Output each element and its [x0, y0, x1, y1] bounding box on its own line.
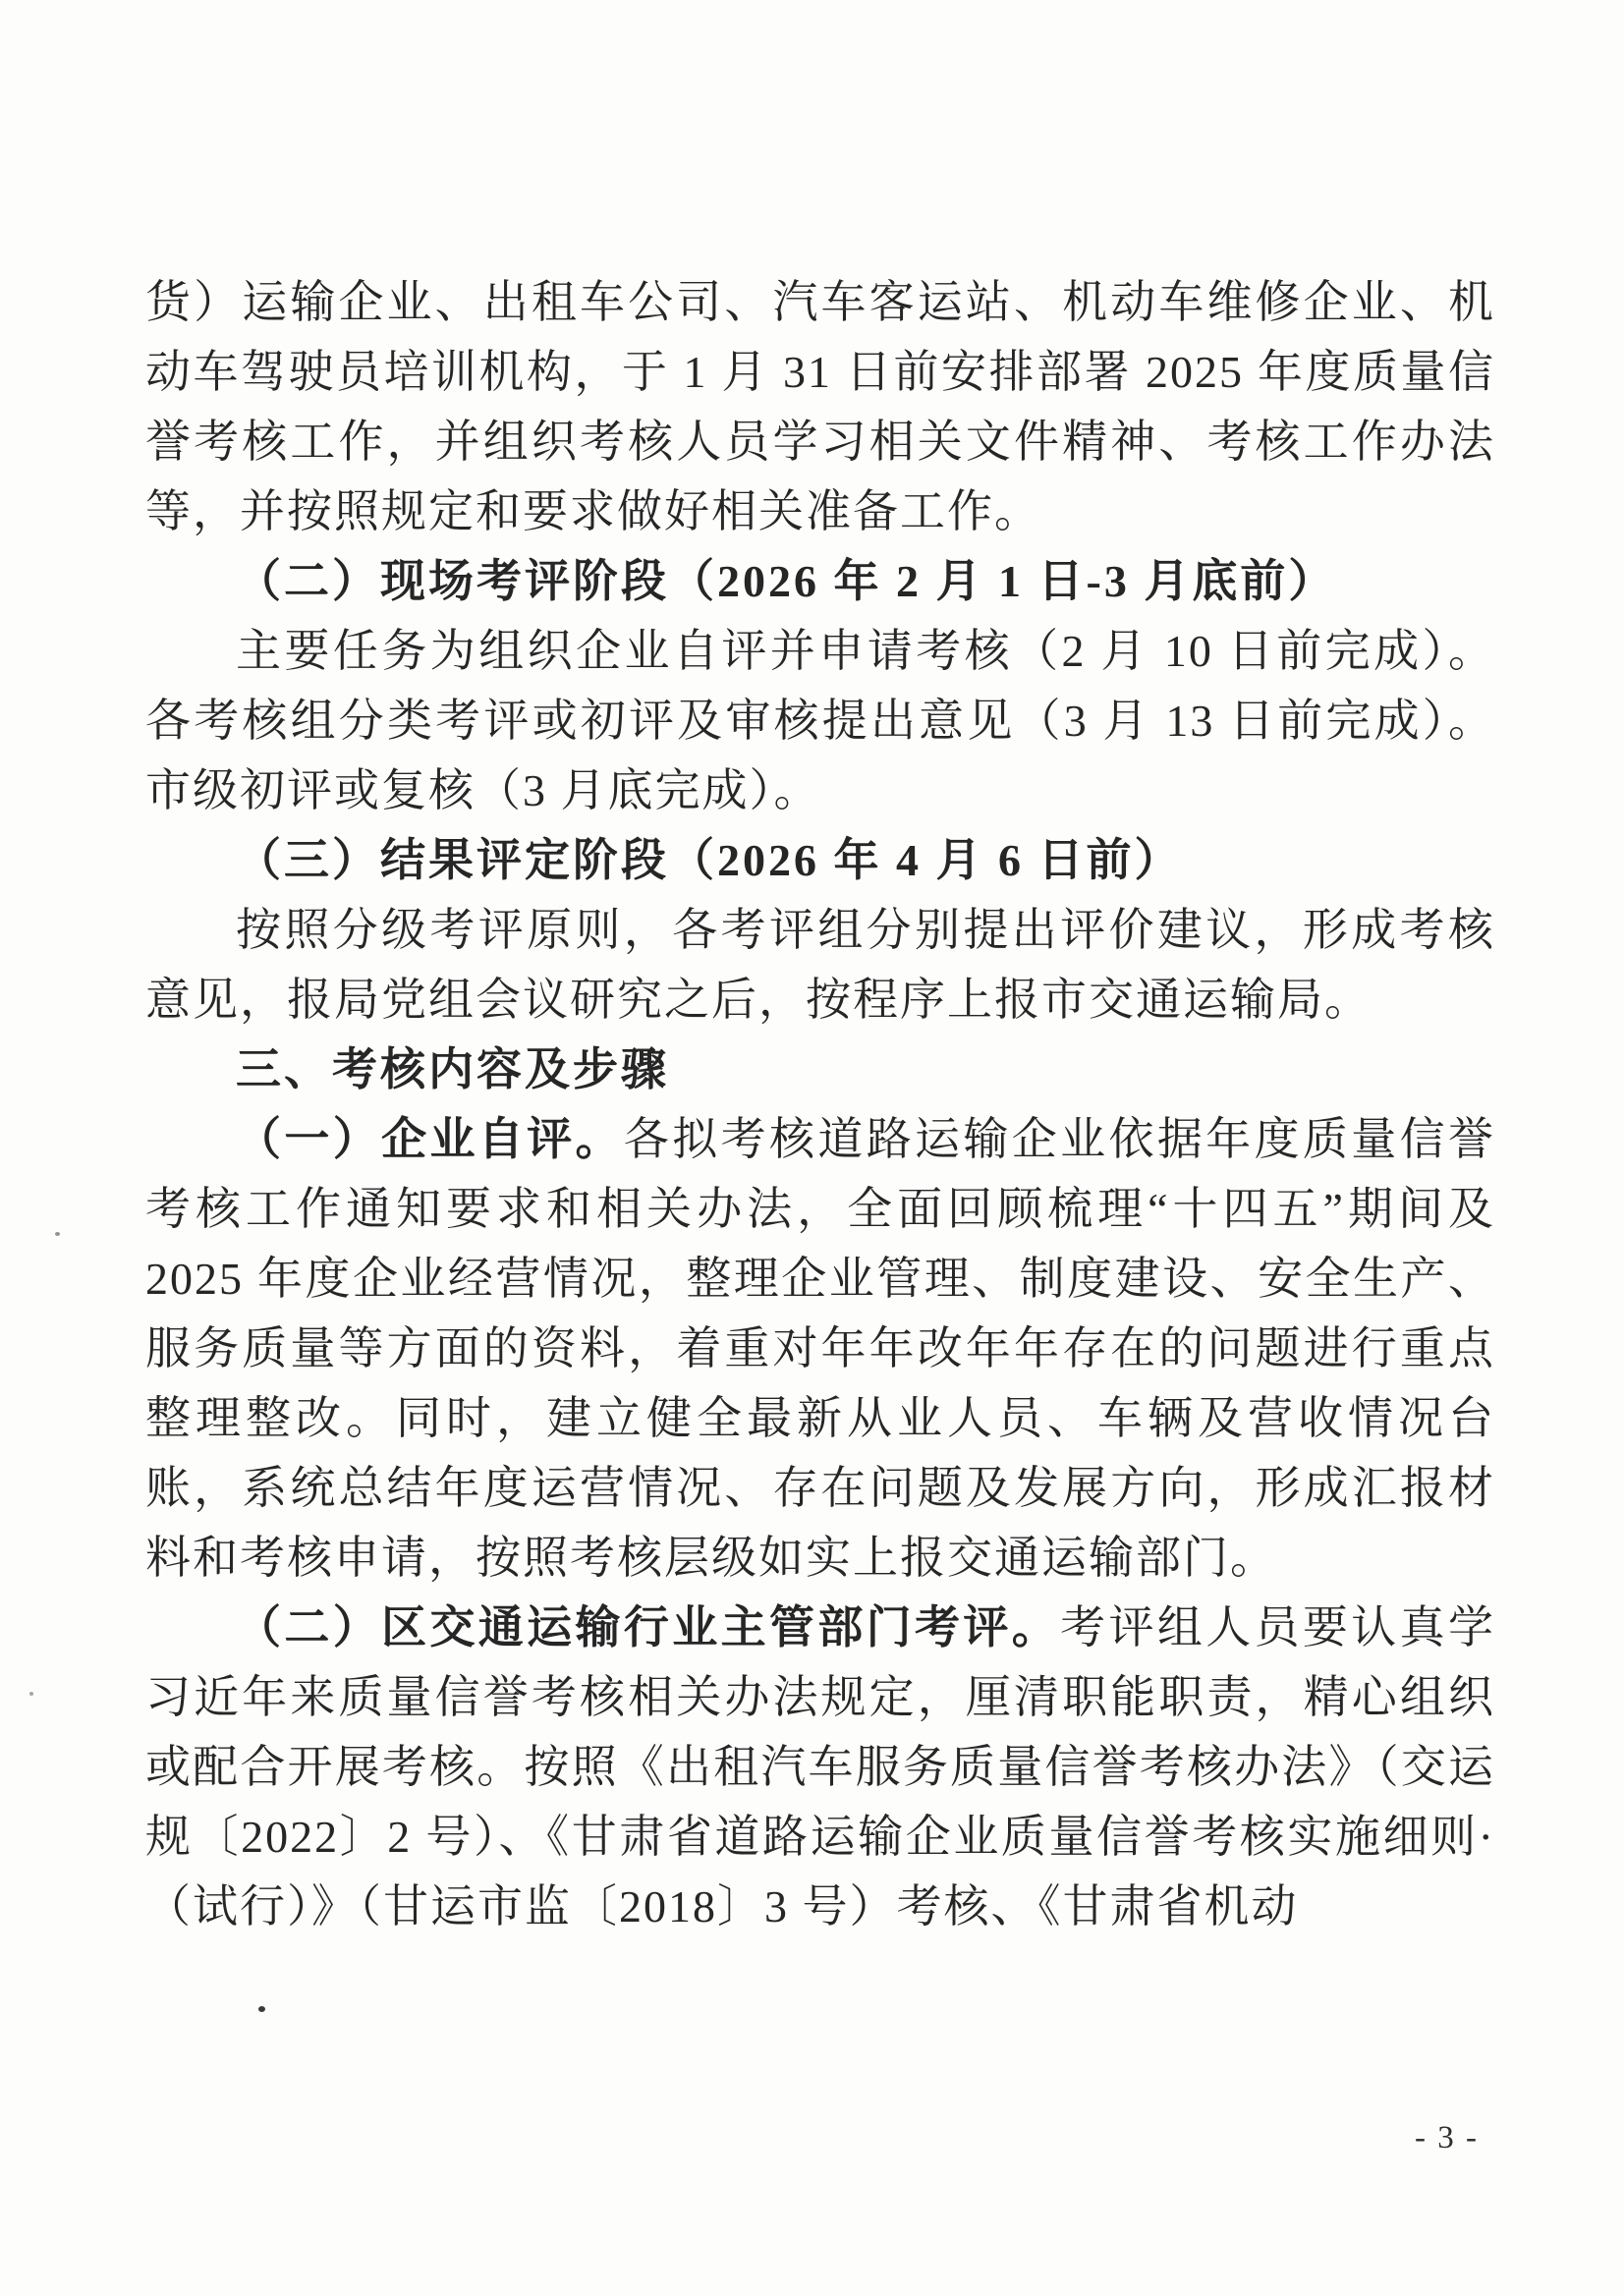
scan-speck [29, 1692, 33, 1696]
paragraph-enterprise-self-assessment: （一）企业自评。各拟考核道路运输企业依据年度质量信誉考核工作通知要求和相关办法，… [145, 1104, 1495, 1593]
paragraph-continuation: 货）运输企业、出租车公司、汽车客运站、机动车维修企业、机动车驾驶员培训机构，于 … [145, 267, 1495, 546]
document-body: 货）运输企业、出租车公司、汽车客运站、机动车维修企业、机动车驾驶员培训机构，于 … [145, 267, 1495, 1941]
section-heading-assessment-content-steps: 三、考核内容及步骤 [145, 1035, 1495, 1104]
scan-speck [258, 2006, 265, 2012]
paragraph-lead-district-authority-review: （二）区交通运输行业主管部门考评。 [236, 1602, 1060, 1652]
page-number: - 3 - [1415, 2120, 1479, 2156]
paragraph-field-review-tasks: 主要任务为组织企业自评并申请考核（2 月 10 日前完成）。各考核组分类考评或初… [145, 616, 1495, 825]
section-heading-result-determination-stage: （三）结果评定阶段（2026 年 4 月 6 日前） [145, 825, 1495, 895]
scanned-document-page: 货）运输企业、出租车公司、汽车客运站、机动车维修企业、机动车驾驶员培训机构，于 … [0, 0, 1624, 2295]
section-heading-field-review-stage: （二）现场考评阶段（2026 年 2 月 1 日-3 月底前） [145, 546, 1495, 616]
scan-speck [55, 1232, 60, 1236]
paragraph-text-enterprise-self-assessment: 各拟考核道路运输企业依据年度质量信誉考核工作通知要求和相关办法，全面回顾梳理“十… [145, 1114, 1495, 1583]
paragraph-district-authority-review: （二）区交通运输行业主管部门考评。考评组人员要认真学习近年来质量信誉考核相关办法… [145, 1593, 1495, 1941]
paragraph-result-determination: 按照分级考评原则，各考评组分别提出评价建议，形成考核意见，报局党组会议研究之后，… [145, 895, 1495, 1035]
paragraph-lead-enterprise-self-assessment: （一）企业自评。 [236, 1114, 624, 1164]
